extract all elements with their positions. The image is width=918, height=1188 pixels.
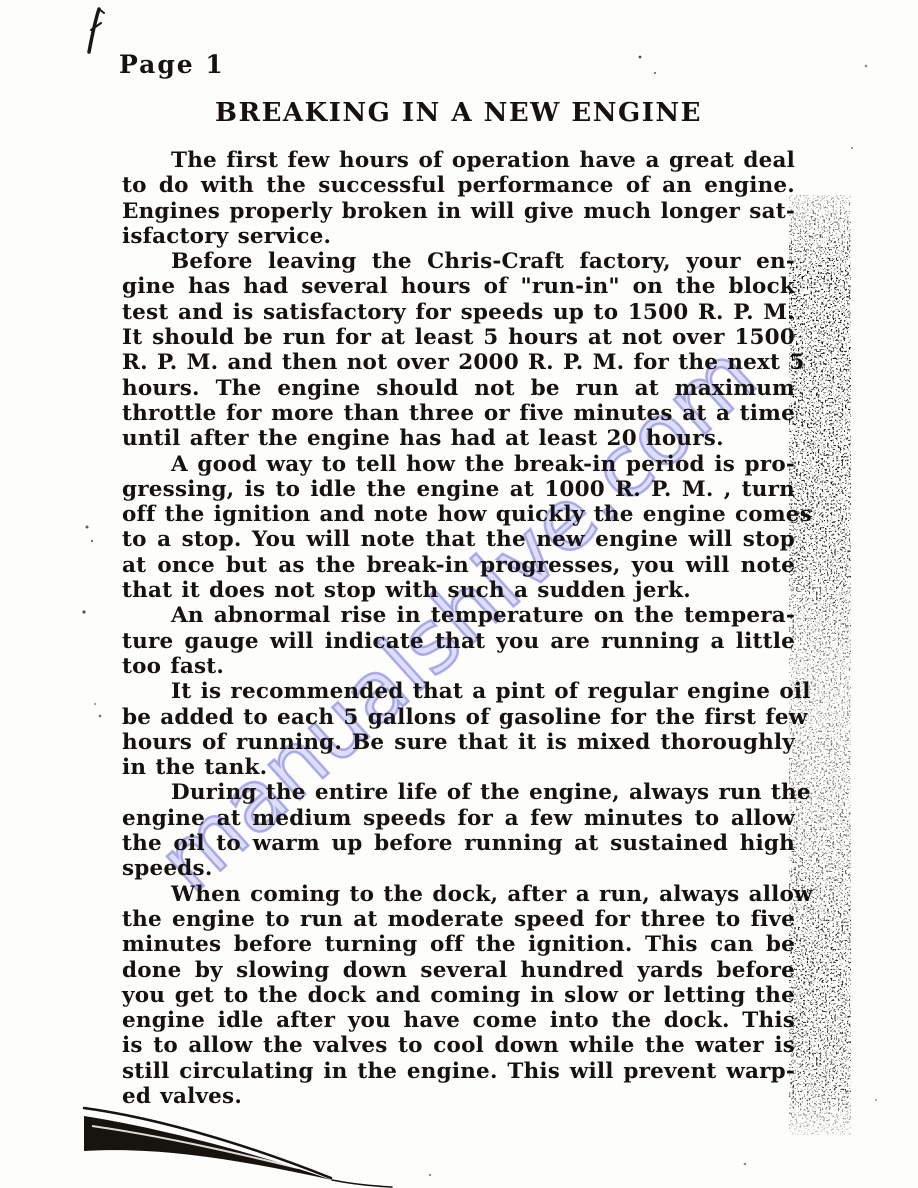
text-line: too fast. [122,654,795,679]
document-body: The first few hours of operation have a … [122,148,795,1109]
text-line: the engine to run at moderate speed for … [122,907,795,932]
text-line: ed valves. [122,1084,795,1109]
text-line: test and is satisfactory for speeds up t… [122,300,795,325]
text-line: isfactory service. [122,224,795,249]
ink-smudge-bottom-left [84,1108,392,1187]
text-line: at once but as the break-in progresses, … [122,553,795,578]
scan-noise-right-edge [792,205,848,1120]
text-line: still circulating in the engine. This wi… [122,1059,795,1084]
text-line: you get to the dock and coming in slow o… [122,983,795,1008]
text-line: R. P. M. and then not over 2000 R. P. M.… [122,350,795,375]
text-line: hours. The engine should not be run at m… [122,376,795,401]
text-line: hours of running. Be sure that it is mix… [122,730,795,755]
text-line: minutes before turning off the ignition.… [122,932,795,957]
text-line: Engines properly broken in will give muc… [122,199,795,224]
text-line: It is recommended that a pint of regular… [122,679,795,704]
text-line: is to allow the valves to cool down whil… [122,1033,795,1058]
text-line: During the entire life of the engine, al… [122,780,795,805]
text-line: be added to each 5 gallons of gasoline f… [122,705,795,730]
scanned-manual-page: manualshive.com Page 1 BREAKING IN A NEW… [0,0,918,1188]
page-title: BREAKING IN A NEW ENGINE [122,98,795,128]
text-line: the oil to warm up before running at sus… [122,831,795,856]
text-line: off the ignition and note how quickly th… [122,502,795,527]
text-line: to a stop. You will note that the new en… [122,527,795,552]
text-line: speeds. [122,856,795,881]
text-line: in the tank. [122,755,795,780]
text-line: to do with the successful performance of… [122,173,795,198]
text-line: engine idle after you have come into the… [122,1008,795,1033]
text-line: The first few hours of operation have a … [122,148,795,173]
text-line: until after the engine has had at least … [122,426,795,451]
text-line: done by slowing down several hundred yar… [122,958,795,983]
text-line: It should be run for at least 5 hours at… [122,325,795,350]
text-line: ture gauge will indicate that you are ru… [122,629,795,654]
text-line: that it does not stop with such a sudden… [122,578,795,603]
text-line: When coming to the dock, after a run, al… [122,882,795,907]
text-line: gine has had several hours of "run-in" o… [122,274,795,299]
text-line: throttle for more than three or five min… [122,401,795,426]
text-line: engine at medium speeds for a few minute… [122,806,795,831]
page-number-label: Page 1 [119,50,225,79]
text-line: Before leaving the Chris-Craft factory, … [122,249,795,274]
handwritten-pen-mark [89,9,104,52]
text-line: An abnormal rise in temperature on the t… [122,603,795,628]
text-line: A good way to tell how the break-in peri… [122,452,795,477]
text-line: gressing, is to idle the engine at 1000 … [122,477,795,502]
